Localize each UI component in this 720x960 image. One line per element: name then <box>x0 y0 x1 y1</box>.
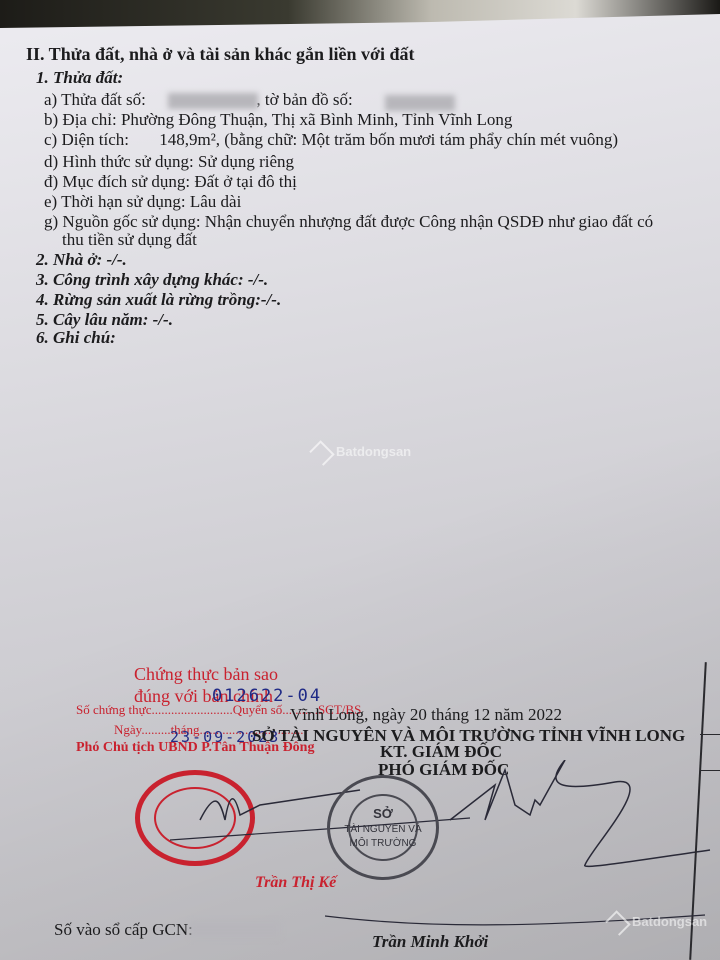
land-area: c) Diện tích: 148,9m², (bằng chữ: Một tr… <box>44 130 618 150</box>
area-label: c) Diện tích: <box>44 130 129 149</box>
redacted-parcel <box>168 93 258 109</box>
land-address: b) Địa chỉ: Phường Đông Thuận, Thị xã Bì… <box>44 110 512 130</box>
usage-term: e) Thời hạn sử dụng: Lâu dài <box>44 192 241 212</box>
table-row-line <box>700 770 720 771</box>
item-house: 2. Nhà ở: -/-. <box>36 250 127 270</box>
usage-origin-cont: thu tiền sử dụng đất <box>62 230 197 250</box>
watermark-corner: Batdongsan <box>608 914 707 931</box>
area-value: 148,9m², (bằng chữ: Một trăm bốn mươi tá… <box>159 130 618 149</box>
land-heading: 1. Thửa đất: <box>36 68 123 88</box>
watermark-center: Batdongsan <box>312 444 411 461</box>
item-perennial: 5. Cây lâu năm: -/-. <box>36 310 173 330</box>
redacted-registry-number <box>190 922 280 938</box>
item-notes: 6. Ghi chú: <box>36 328 116 348</box>
section-title: II. Thửa đất, nhà ở và tài sản khác gắn … <box>26 44 415 65</box>
usage-purpose: đ) Mục đích sử dụng: Đất ở tại đô thị <box>44 172 297 192</box>
cert-line1: Chứng thực bản sao <box>134 664 278 685</box>
land-parcel-number: a) Thửa đất số: , tờ bản đồ số: <box>44 90 353 110</box>
table-row-line <box>700 734 720 735</box>
parcel-label: a) Thửa đất số: <box>44 90 146 109</box>
paper-shadow <box>0 440 720 960</box>
redacted-map-sheet <box>385 95 455 111</box>
cert-stamped-number: 012622-04 <box>212 686 322 706</box>
registry-label: Số vào sổ cấp GCN: <box>54 920 193 940</box>
issuer-kt: KT. GIÁM ĐỐC <box>380 742 502 762</box>
usage-origin: g) Nguồn gốc sử dụng: Nhận chuyển nhượng… <box>44 212 653 232</box>
director-name: Trần Minh Khởi <box>372 932 488 952</box>
issue-date: Vĩnh Long, ngày 20 tháng 12 năm 2022 <box>290 705 562 725</box>
cert-signer-name: Trần Thị Kế <box>255 874 336 892</box>
usage-form: d) Hình thức sử dụng: Sử dụng riêng <box>44 152 294 172</box>
department-seal-stamp: SỞ TÀI NGUYÊN VÀ MÔI TRƯỜNG <box>327 775 439 880</box>
item-forest: 4. Rừng sản xuất là rừng trồng:-/-. <box>36 290 281 310</box>
item-other-construction: 3. Công trình xây dựng khác: -/-. <box>36 270 268 290</box>
map-sheet-label: , tờ bản đồ số: <box>256 90 352 109</box>
director-signature <box>440 760 720 880</box>
